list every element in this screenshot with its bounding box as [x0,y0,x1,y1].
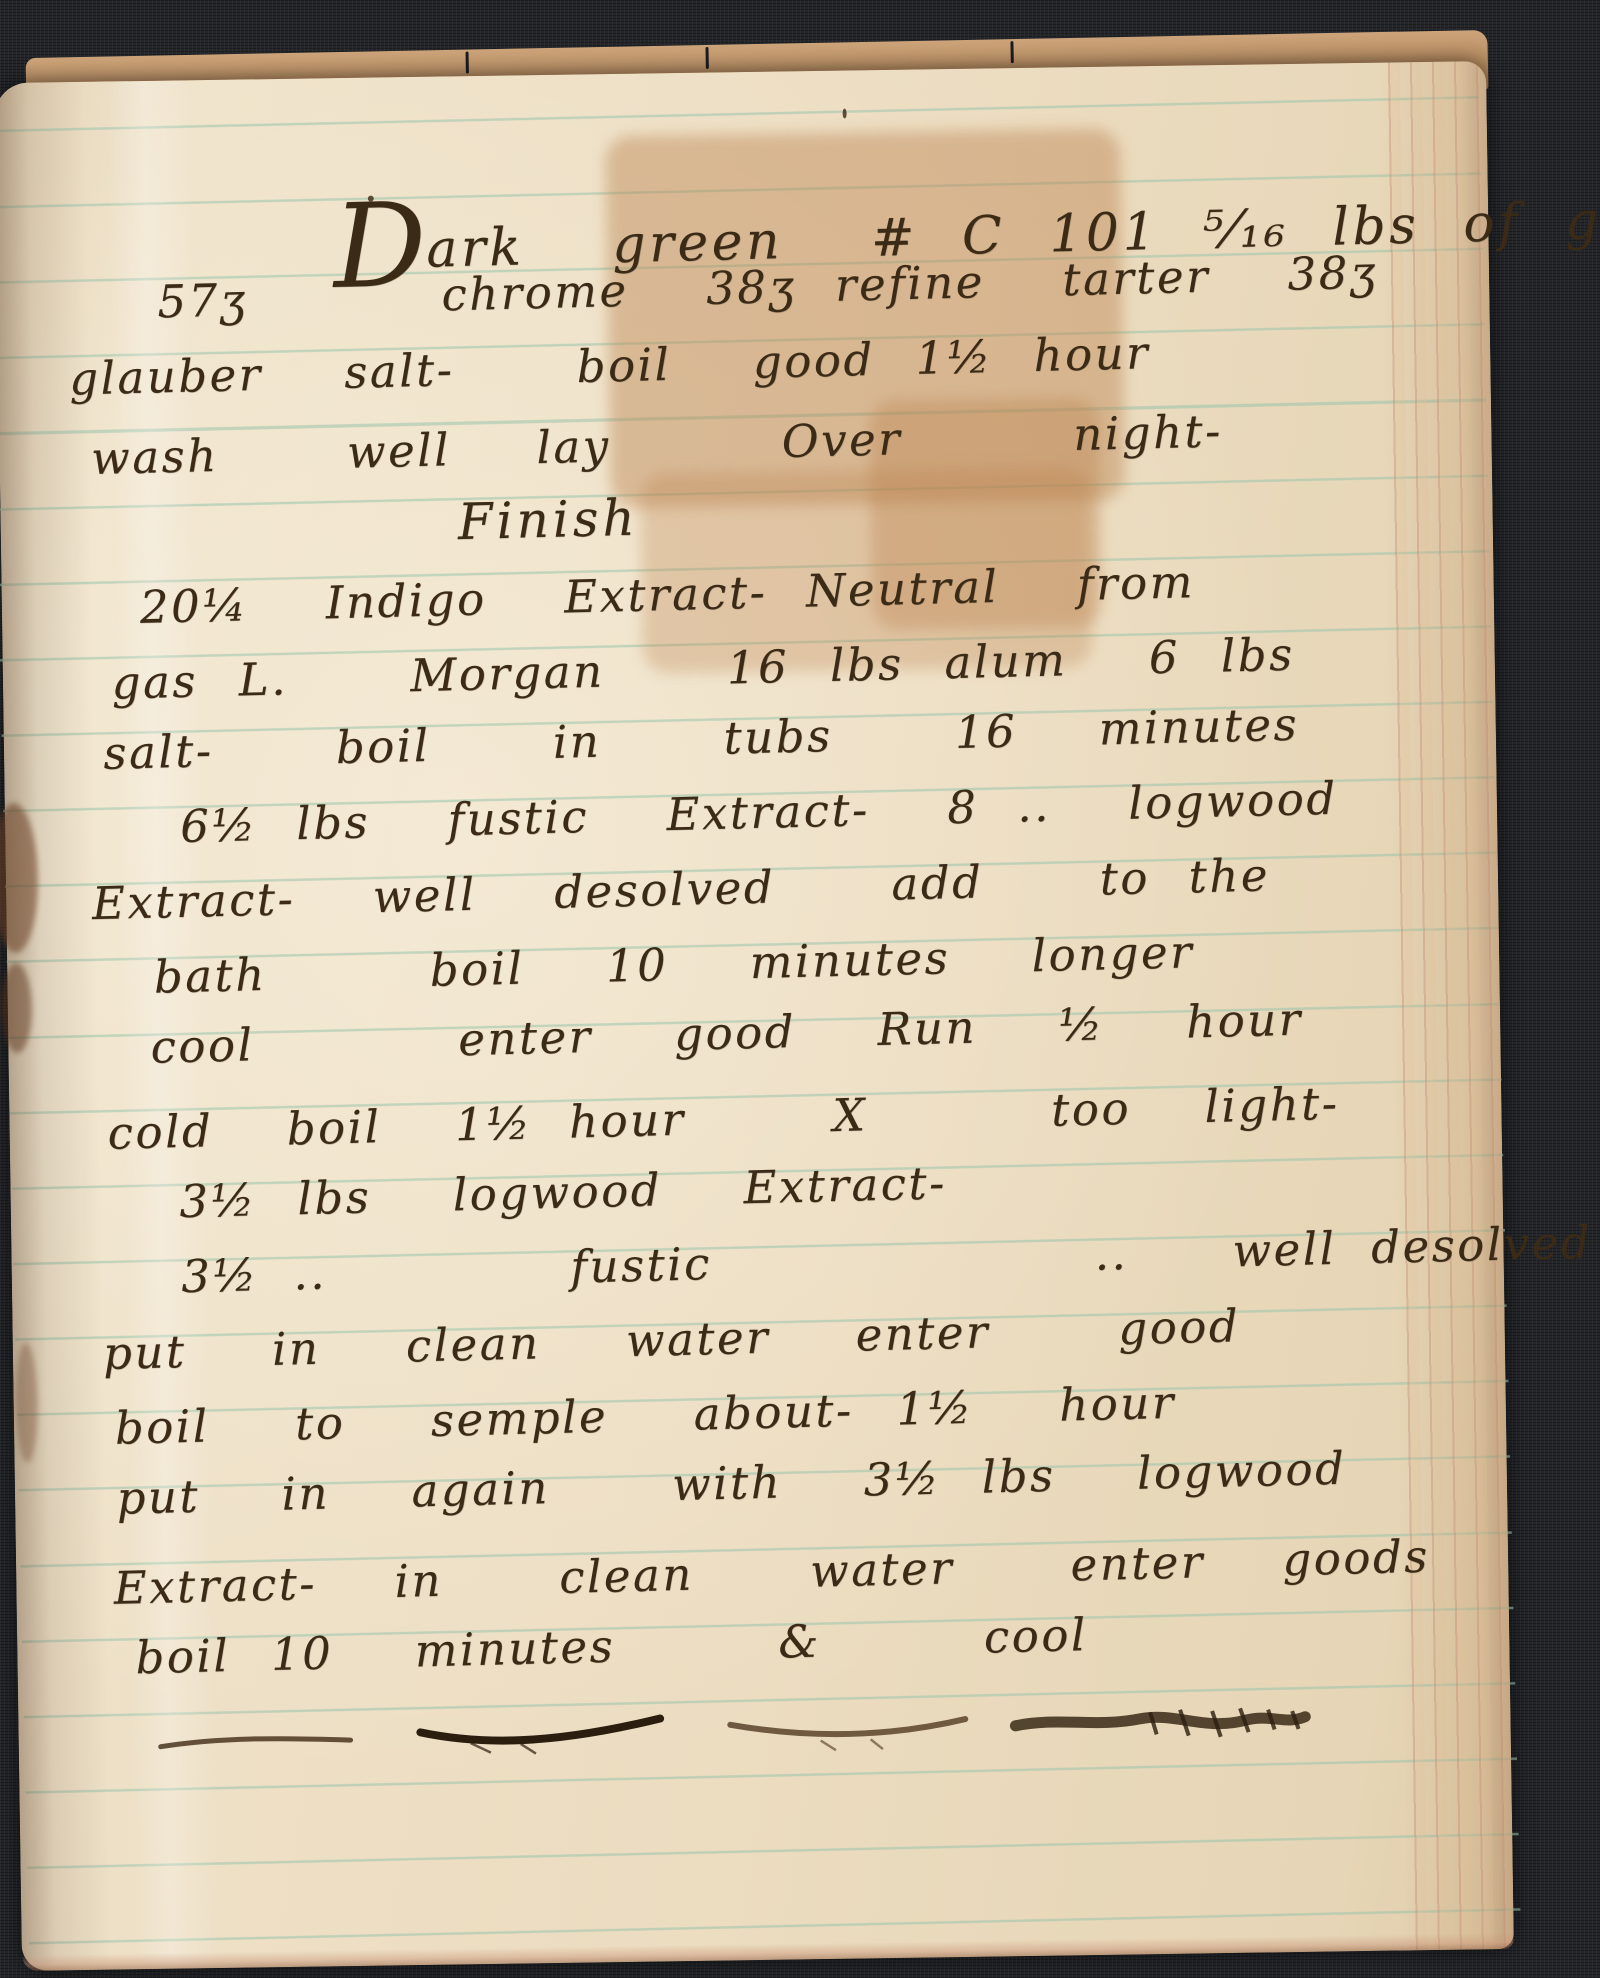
handwritten-line-salt-boil: salt- boil in tubs 16 minutes [103,702,1300,776]
handwritten-line-morgan: gas L. Morgan 16 lbs alum 6 lbs [111,632,1295,706]
handwritten-line-cool: cool enter good Run ½ hour [150,997,1303,1070]
stitch-mark [1010,41,1013,63]
ink-separator-dashes [120,1669,1392,1780]
handwritten-line-again: put in again with 3½ lbs logwood [116,1446,1347,1521]
handwritten-line-clean-water: put in clean water enter good [103,1303,1241,1376]
handwritten-line-indigo: 20¼ Indigo Extract- Neutral from [139,559,1195,630]
handwritten-line-boil-cool: boil 10 minutes & cool [135,1612,1088,1680]
handwritten-line-desolved: Extract- well desolved add to the [92,852,1271,926]
handwritten-line-cold-boil: cold boil 1½ hour X too light- [107,1081,1340,1156]
handwritten-line-finish: Finish [457,493,639,547]
stitch-mark [705,47,708,69]
handwritten-line-fustic: 6½ lbs fustic Extract- 8 .. logwood [180,776,1338,849]
handwritten-line-semple: boil to semple about- 1½ hour [114,1380,1176,1451]
handwritten-line-bath: bath boil 10 minutes longer [153,929,1194,999]
handwritten-line-wash: wash well lay Over night- [91,408,1224,481]
handwriting-layer: Dark green # C 101 ⁵⁄₁₆ lbs of goods 57ʒ… [0,54,1523,1978]
stitch-mark [466,52,469,74]
handwritten-line-enter-goods: Extract- in clean water enter goods [113,1534,1430,1611]
notebook-page: Dark green # C 101 ⁵⁄₁₆ lbs of goods 57ʒ… [0,61,1514,1971]
handwritten-line-ditto: 3½ .. fustic .. well desolved [181,1220,1593,1299]
handwritten-line-logwood: 3½ lbs logwood Extract- [179,1160,947,1224]
